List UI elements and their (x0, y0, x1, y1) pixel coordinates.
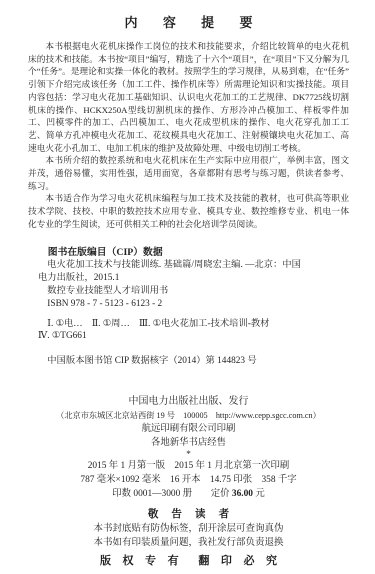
summary-paragraph: 本书适合作为学习电火花机床编程与加工技术及技能的教材，也可供高等职业技术学院、技… (28, 192, 349, 230)
cip-data-section: 图书在版编目（CIP）数据 电火花加工技术与技能训练. 基础篇/周晓宏主编. —… (38, 247, 349, 368)
price-label: 定价 (211, 489, 230, 499)
cip-classification-line: Ⅳ. ①TG661 (38, 330, 349, 343)
price-unit: 元 (255, 489, 264, 499)
content-summary-section: 内 容 提 要 本书根据电火花机床操作工岗位的技术和技能要求，介绍比较简单的电火… (28, 12, 349, 231)
cip-series-line: 数控专业技能型人才培训用书 (38, 285, 349, 298)
summary-paragraph: 本书所介绍的数控系统和电火花机床在生产实际中应用很广，举例丰富，图文并茂，通俗易… (28, 154, 349, 192)
print-run: 印数 0001—3000 册 (112, 489, 192, 499)
notice-line: 本书封底贴有防伪标签，刮开涂层可查询真伪 (28, 522, 349, 537)
summary-paragraph: 本书根据电火花机床操作工岗位的技术和技能要求，介绍比较简单的电火花机床的技术和技… (28, 40, 349, 154)
print-run-price-line: 印数 0001—3000 册 定价 36.00 元 (28, 487, 349, 501)
publisher-address-line: （北京市东城区北京站西街 19 号 100005 http://www.cepp… (28, 409, 349, 422)
distributor-line: 各地新华书店经售 (28, 436, 349, 450)
colophon-section: 中国电力出版社出版、发行 （北京市东城区北京站西街 19 号 100005 ht… (28, 394, 349, 501)
notice-title: 敬 告 读 者 (28, 507, 349, 522)
gap-spacer (192, 489, 211, 499)
copyright-statement: 版 权 专 有 翻 印 必 究 (28, 554, 349, 569)
printer-line: 航远印刷有限公司印刷 (28, 422, 349, 436)
cip-classification-line: Ⅰ. ①电… Ⅱ. ①周… Ⅲ. ①电火花加工-技术培训-教材 (38, 318, 349, 331)
notice-line: 本书如有印装质量问题，我社发行部负责退换 (28, 536, 349, 551)
edition-line: 2015 年 1 月第一版 2015 年 1 月北京第一次印刷 (28, 459, 349, 473)
price-value: 36.00 (232, 489, 253, 499)
format-line: 787 毫米×1092 毫米 16 开本 14.75 印张 358 千字 (28, 473, 349, 487)
cip-header: 图书在版编目（CIP）数据 (38, 247, 349, 260)
copyright-page: 内 容 提 要 本书根据电火花机床操作工岗位的技术和技能要求，介绍比较简单的电火… (0, 0, 375, 574)
reader-notice-section: 敬 告 读 者 本书封底贴有防伪标签，刮开涂层可查询真伪 本书如有印装质量问题，… (28, 507, 349, 569)
cip-book-title-line: 电力出版社，2015.1 (38, 272, 349, 285)
summary-title: 内 容 提 要 (28, 12, 349, 31)
publisher-line: 中国电力出版社出版、发行 (28, 394, 349, 409)
cip-record-number-line: 中国版本图书馆 CIP 数据核字（2014）第 144823 号 (38, 355, 349, 368)
cip-book-title-line: 电火花加工技术与技能训练. 基础篇/周晓宏主编. —北京：中国 (38, 259, 349, 272)
star-divider: * (28, 450, 349, 459)
cip-isbn-line: ISBN 978 - 7 - 5123 - 6123 - 2 (38, 298, 349, 311)
